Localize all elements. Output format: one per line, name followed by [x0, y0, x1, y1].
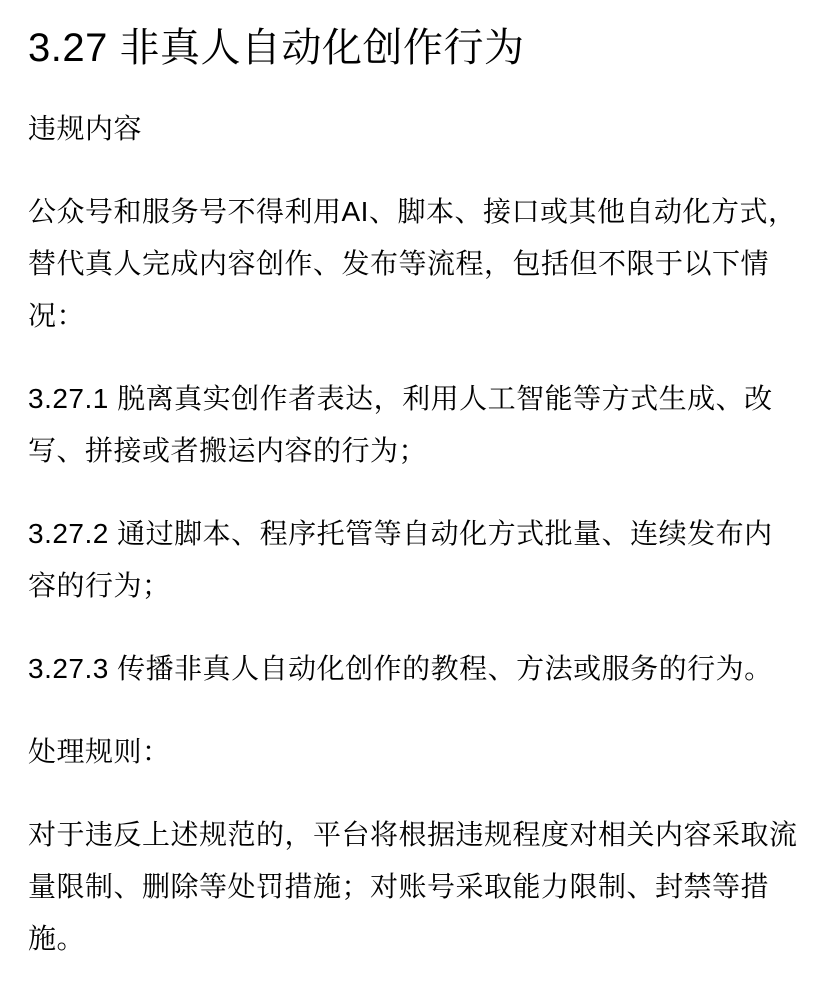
violation-item-1: 3.27.1 脱离真实创作者表达，利用人工智能等方式生成、改写、拼接或者搬运内容…: [28, 373, 800, 477]
section-title: 3.27 非真人自动化创作行为: [28, 24, 800, 72]
handling-rules-label: 处理规则：: [28, 726, 800, 778]
violation-intro-paragraph: 公众号和服务号不得利用AI、脚本、接口或其他自动化方式，替代真人完成内容创作、发…: [28, 186, 800, 342]
handling-rules-paragraph: 对于违反上述规范的，平台将根据违规程度对相关内容采取流量限制、删除等处罚措施；对…: [28, 809, 800, 965]
policy-document-page: 3.27 非真人自动化创作行为 违规内容 公众号和服务号不得利用AI、脚本、接口…: [0, 0, 814, 965]
violation-item-3: 3.27.3 传播非真人自动化创作的教程、方法或服务的行为。: [28, 643, 800, 695]
violation-content-label: 违规内容: [28, 103, 800, 155]
violation-item-2: 3.27.2 通过脚本、程序托管等自动化方式批量、连续发布内容的行为；: [28, 508, 800, 612]
